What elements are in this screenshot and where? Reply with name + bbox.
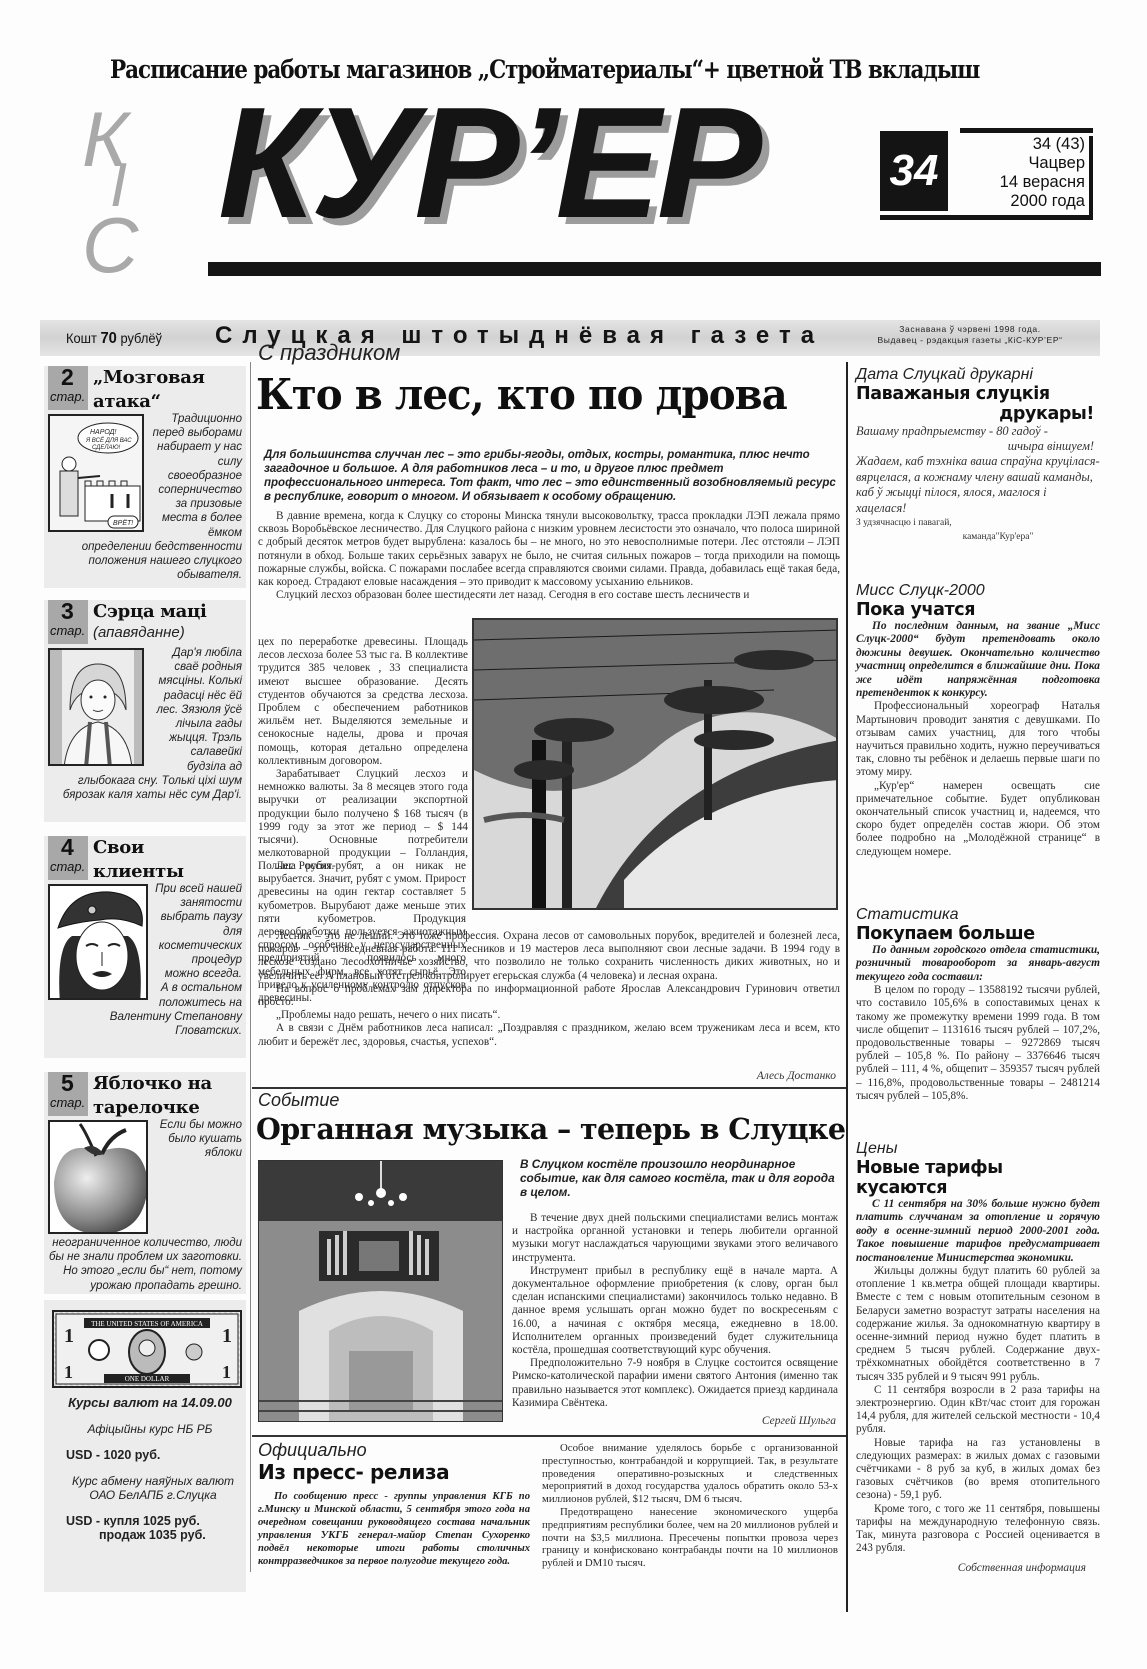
main-body-top: В давние времена, когда к Слуцку со стор… xyxy=(258,510,840,602)
paragraph: С 11 сентября возросли в 2 раза тарифы н… xyxy=(856,1384,1100,1437)
teaser-page-3[interactable]: 3 стар. Сэрца маці (апавяданне) Дар'я лю… xyxy=(44,600,246,822)
paragraph: Жильцы должны будут платить 60 рублей за… xyxy=(856,1265,1100,1384)
issue-bottom-bar xyxy=(880,215,1093,220)
paragraph: Новые тарифа на газ установлены в следую… xyxy=(856,1437,1100,1503)
stats-article: Статистика Покупаем больше По данным гор… xyxy=(856,906,1100,1103)
apple-icon xyxy=(48,1120,148,1234)
stats-headline: Покупаем больше xyxy=(856,924,1100,944)
organ-headline: Органная музыка – теперь в Слуцке xyxy=(256,1112,845,1146)
press-rubric: Официально xyxy=(258,1440,367,1461)
kis-side-logo: К І С xyxy=(76,100,156,280)
print-line-2: шчыра віншуем! xyxy=(856,439,1094,454)
main-body-end: Лесник – это не леший. Это тоже професси… xyxy=(258,930,840,1049)
teaser-title: „Мозговая атака“ xyxy=(93,366,248,414)
bill-footer: ONE DOLLAR xyxy=(125,1375,170,1383)
tariffs-headline-2: кусаются xyxy=(856,1178,1100,1198)
paragraph: Слуцкий лесхоз образован более шестидеся… xyxy=(258,589,840,602)
main-lead: Для большинства случчан лес – это грибы-… xyxy=(264,448,840,504)
currency-rates: Курсы валют на 14.09.00 Афіцыйны курс НБ… xyxy=(44,1395,246,1542)
paragraph: В давние времена, когда к Слуцку со стор… xyxy=(258,510,840,589)
paragraph: В течение двух дней польскими специалист… xyxy=(512,1212,838,1265)
masthead-rule xyxy=(208,262,1101,276)
teaser-page-5[interactable]: 5 стар. Яблочко на тарелочке Если бы мож… xyxy=(44,1072,246,1294)
woman-beret-portrait-icon xyxy=(48,884,148,1000)
printers-greeting: Дата Слуцкай друкарні Паважаныя слуцкія … xyxy=(856,366,1100,542)
press-body: Особое внимание уделялось борьбе с орган… xyxy=(542,1442,838,1570)
price: Кошт 70 рублёў xyxy=(66,330,162,348)
section-rule xyxy=(252,1087,846,1089)
svg-text:1: 1 xyxy=(64,1325,74,1347)
tariffs-author: Собственная информация xyxy=(856,1562,1086,1574)
organ-body: В течение двух дней польскими специалист… xyxy=(512,1212,838,1410)
print-rubric: Дата Слуцкай друкарні xyxy=(856,366,1100,384)
print-signature: каманда"Кур'ера" xyxy=(856,532,1100,542)
buy-rate: USD - купля 1025 руб. xyxy=(66,1514,246,1528)
paragraph: Инструмент прибыл в республику ещё в нач… xyxy=(512,1265,838,1357)
svg-text:1: 1 xyxy=(222,1325,232,1347)
issue-info: 34 (43) Чацвер 14 верасня 2000 года xyxy=(1000,135,1085,211)
stats-rubric: Статистика xyxy=(856,906,1100,924)
issue-date: 14 верасня xyxy=(1000,173,1085,192)
svg-text:НАРОД!: НАРОД! xyxy=(90,429,117,436)
paragraph: А в связи с Днём работников леса написал… xyxy=(258,1022,840,1048)
page-number: 5 xyxy=(61,1070,74,1097)
paragraph: На вопрос о проблемах зам директора по и… xyxy=(258,983,840,1009)
main-headline: Кто в лес, кто по дрова xyxy=(256,370,787,419)
church-organ-interior-photo xyxy=(258,1160,503,1422)
column-divider-left xyxy=(250,362,251,1572)
press-headline: Из пресс- релиза xyxy=(258,1462,449,1482)
stats-body: В целом по городу – 13588192 тысячи рубл… xyxy=(856,984,1100,1103)
rates-title: Курсы валют на 14.09.00 xyxy=(54,1395,246,1410)
teaser-title: Свои клиенты xyxy=(93,836,203,884)
issue-year: 2000 года xyxy=(1000,192,1085,211)
organ-author: Сергей Шульга xyxy=(600,1415,836,1427)
page-number: 3 xyxy=(61,598,74,625)
teaser-page-2[interactable]: 2 стар. „Мозговая атака“ НАРОД!Я ВСЁ ДЛЯ… xyxy=(44,366,246,588)
column-divider-right xyxy=(846,362,848,1612)
paragraph: В целом по городу – 13588192 тысячи рубл… xyxy=(856,984,1100,1103)
organ-lead: В Слуцком костёле произошло неординарное… xyxy=(520,1157,838,1199)
publisher-line: Выдавец - рэдакцыя газеты „КіС-КУР’ЕР“ xyxy=(840,335,1100,346)
svg-text:ВРЁТ!: ВРЁТ! xyxy=(113,519,133,527)
paragraph: Кроме того, с того же 11 сентября, повыш… xyxy=(856,1503,1100,1556)
official-rate: USD - 1020 руб. xyxy=(66,1448,246,1462)
price-label: Кошт xyxy=(66,330,97,346)
newspaper-logo: КУР’ЕР xyxy=(218,88,758,238)
tariffs-lead: С 11 сентября на 30% больше нужно будет … xyxy=(856,1198,1100,1265)
paragraph: Предотвращено нанесение экономического у… xyxy=(542,1506,838,1570)
svg-text:1: 1 xyxy=(222,1362,231,1382)
paragraph: Предположительно 7-9 ноября в Слуцке сос… xyxy=(512,1357,838,1410)
section-rule xyxy=(252,1435,846,1437)
paragraph: Особое внимание уделялось борьбе с орган… xyxy=(542,1442,838,1506)
old-woman-portrait-icon xyxy=(48,648,144,766)
issue-number-badge: 34 xyxy=(880,131,948,211)
main-rubric: С праздником xyxy=(258,340,400,366)
page-label: стар. xyxy=(50,1095,85,1110)
paragraph: цех по переработке древесины. Площадь ле… xyxy=(258,636,468,768)
founded-line: Заснавана ў чэрвені 1998 года. xyxy=(840,324,1100,335)
exchange-label: Курс абмену наяўных валют ОАО БелАПБ г.С… xyxy=(60,1474,246,1502)
print-regards: З удзячнасцю і павагай, xyxy=(856,518,1100,528)
miss-headline: Пока учатся xyxy=(856,600,1100,620)
page-number: 2 xyxy=(61,364,74,391)
miss-body: Профессиональный хореограф Наталья Марты… xyxy=(856,700,1100,858)
print-wish: Жадаем, каб тэхніка ваша спраўна круціла… xyxy=(856,454,1100,516)
teaser-title: Яблочко на тарелочке xyxy=(93,1072,253,1120)
tariffs-body: Жильцы должны будут платить 60 рублей за… xyxy=(856,1265,1100,1555)
tariffs-article: Цены Новые тарифы кусаются С 11 сентября… xyxy=(856,1140,1100,1574)
stats-lead: По данным городского отдела статистики, … xyxy=(856,944,1100,984)
paragraph: „Кур'ер“ намерен освещать сие примечател… xyxy=(856,780,1100,859)
page-label: стар. xyxy=(50,389,85,404)
miss-rubric: Мисс Слуцк-2000 xyxy=(856,582,1100,600)
page-number: 4 xyxy=(61,834,74,861)
svg-text:1: 1 xyxy=(64,1362,73,1382)
paragraph: Зарабатывает Слуцкий лесхоз и немножко в… xyxy=(258,768,468,874)
dollar-bill-icon: THE UNITED STATES OF AMERICA 1 1 1 1 ONE… xyxy=(52,1310,242,1388)
teaser-page-4[interactable]: 4 стар. Свои клиенты При всей нашей заня… xyxy=(44,836,246,1058)
page-label: стар. xyxy=(50,859,85,874)
teaser-title: Сэрца маці xyxy=(93,600,207,624)
svg-text:Я ВСЁ ДЛЯ ВАС: Я ВСЁ ДЛЯ ВАС xyxy=(85,437,132,444)
tariffs-rubric: Цены xyxy=(856,1140,1100,1158)
paragraph: „Проблемы надо решать, нечего о них писа… xyxy=(258,1009,840,1022)
issue-weekday: Чацвер xyxy=(1000,154,1085,173)
founded-info: Заснавана ў чэрвені 1998 года. Выдавец -… xyxy=(840,324,1100,346)
miss-slutsk-article: Мисс Слуцк-2000 Пока учатся По последним… xyxy=(856,582,1100,859)
main-body-left-column: цех по переработке древесины. Площадь ле… xyxy=(258,636,468,874)
bill-header: THE UNITED STATES OF AMERICA xyxy=(91,1320,203,1328)
issue-number: 34 (43) xyxy=(1000,135,1085,154)
price-unit: рублёў xyxy=(120,330,162,346)
kis-letter-s: С xyxy=(82,200,138,291)
page-label: стар. xyxy=(50,623,85,638)
teaser-subtitle: (апавяданне) xyxy=(93,624,185,641)
price-value: 70 xyxy=(100,330,116,347)
organ-rubric: Событие xyxy=(258,1090,339,1111)
sell-rate: продаж 1035 руб. xyxy=(99,1528,246,1542)
paragraph: Лесник – это не леший. Это тоже професси… xyxy=(258,930,840,983)
print-headline-2: друкары! xyxy=(856,404,1094,424)
comic-king-castle-icon: НАРОД!Я ВСЁ ДЛЯ ВАССДЕЛАЮ!ВРЁТ! xyxy=(48,414,144,532)
issue-box: 34 34 (43) Чацвер 14 верасня 2000 года xyxy=(880,131,1093,219)
miss-lead: По последним данным, на звание „Мисс Слу… xyxy=(856,620,1100,700)
issue-top-bar xyxy=(960,128,1093,133)
main-author: Алесь Достанко xyxy=(600,1070,836,1082)
paragraph: Профессиональный хореограф Наталья Марты… xyxy=(856,700,1100,779)
svg-text:СДЕЛАЮ!: СДЕЛАЮ! xyxy=(92,445,121,451)
print-headline-1: Паважаныя слуцкія xyxy=(856,384,1100,404)
official-rate-label: Афіцыйны курс НБ РБ xyxy=(54,1422,246,1436)
print-line-1: Вашаму прадпрыемству - 80 гадоў - xyxy=(856,424,1100,439)
press-lead: По сообщению пресс - группы управления К… xyxy=(258,1490,530,1568)
tariffs-headline-1: Новые тарифы xyxy=(856,1158,1100,1178)
issue-right-bar xyxy=(1089,136,1093,216)
